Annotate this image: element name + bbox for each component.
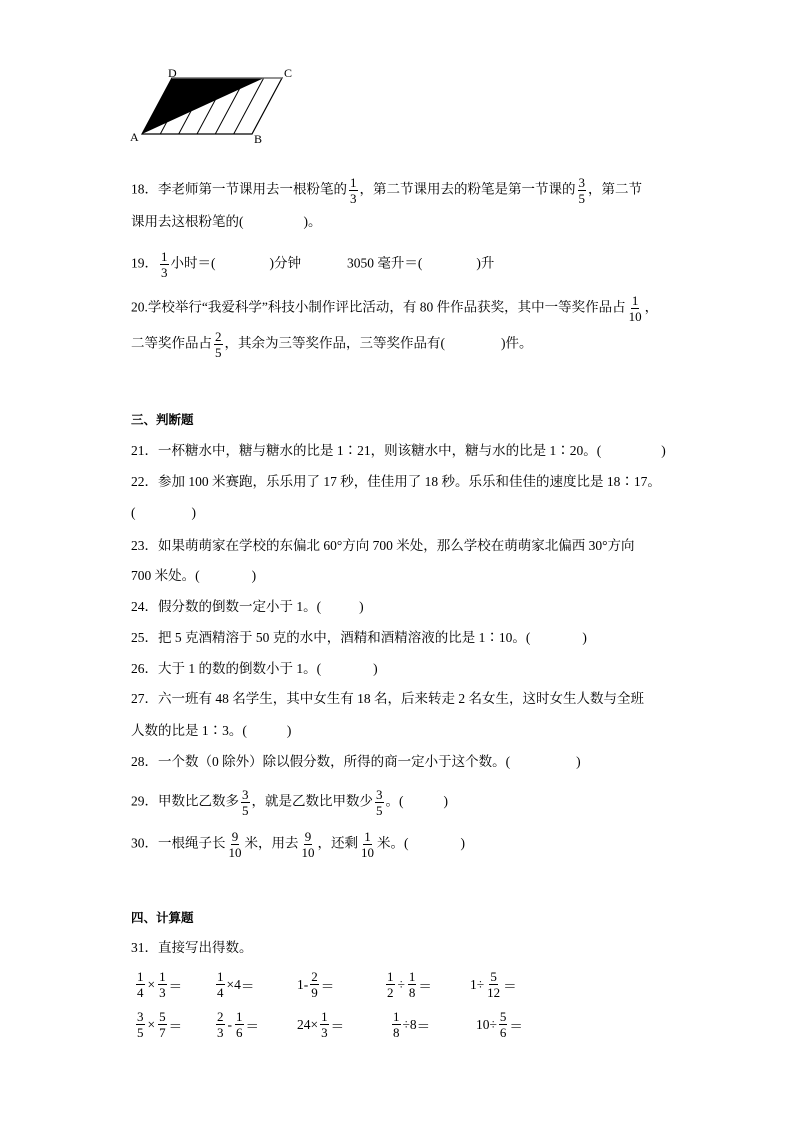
vertex-label-d: D: [168, 66, 177, 81]
question-text: 3050 毫升＝(: [347, 256, 422, 271]
question-text: (: [131, 505, 136, 520]
denominator: 9: [310, 985, 319, 999]
fraction: 29: [310, 970, 319, 999]
numerator: 1: [160, 250, 169, 265]
question-text: 700 米处。(: [131, 568, 200, 583]
question-text: ，其余为三等奖作品，三等奖作品有(: [225, 336, 446, 351]
question-30: 30．一根绳子长910米，用去910，还剩110米。(): [131, 830, 465, 859]
question-text: )件。: [501, 336, 533, 351]
numerator: 1: [136, 970, 145, 985]
question-text: 学校举行“我爱科学”科技小制作评比活动，有 80 件作品获奖，其中一等奖作品占: [148, 300, 626, 315]
question-text: ，第二节: [588, 182, 642, 197]
question-text: ): [576, 754, 581, 769]
question-29: 29．甲数比乙数多35，就是乙数比甲数少35。(): [131, 788, 448, 817]
equals-sign: ＝: [418, 975, 432, 995]
denominator: 5: [375, 803, 384, 817]
equals-sign: ＝: [246, 1015, 260, 1035]
fraction: 12: [386, 970, 395, 999]
question-text: ): [287, 723, 292, 738]
denominator: 4: [136, 985, 145, 999]
equals-sign: ＝: [503, 975, 517, 995]
operator: ÷8: [403, 1017, 417, 1033]
denominator: 5: [136, 1025, 145, 1039]
question-19: 19．13小时＝()分钟3050 毫升＝()升: [131, 250, 494, 279]
operator: 24×: [297, 1017, 318, 1033]
numerator: 2: [310, 970, 319, 985]
denominator: 3: [349, 191, 358, 205]
denominator: 6: [499, 1025, 508, 1039]
question-number: 20.: [131, 300, 148, 315]
fraction: 110: [628, 294, 643, 323]
question-number: 19．: [131, 256, 158, 271]
operator: 1-: [297, 977, 308, 993]
denominator: 10: [628, 309, 643, 323]
denominator: 12: [486, 985, 501, 999]
denominator: 5: [241, 803, 250, 817]
denominator: 6: [235, 1025, 244, 1039]
question-text: ): [661, 443, 666, 458]
fraction: 35: [241, 788, 250, 817]
question-text: )升: [476, 256, 494, 271]
denominator: 10: [360, 845, 375, 859]
question-text: 30．一根绳子长: [131, 836, 226, 851]
equals-sign: ＝: [241, 975, 255, 995]
question-24: 24．假分数的倒数一定小于 1。(): [131, 597, 364, 617]
question-27-line2: 人数的比是 1∶3。(): [131, 721, 291, 741]
parallelogram-diagram-icon: [138, 72, 298, 150]
denominator: 7: [158, 1025, 167, 1039]
equals-sign: ＝: [169, 975, 183, 995]
numerator: 5: [158, 1010, 167, 1025]
question-text: ): [582, 630, 587, 645]
fraction: 35: [375, 788, 384, 817]
question-text: ，还剩: [318, 836, 359, 851]
numerator: 1: [349, 176, 358, 191]
fraction: 35: [136, 1010, 145, 1039]
question-text: 23．如果萌萌家在学校的东偏北 60°方向 700 米处，那么学校在萌萌家北偏西…: [131, 538, 635, 553]
numerator: 3: [136, 1010, 145, 1025]
fraction: 35: [578, 176, 587, 205]
operator: 10÷: [476, 1017, 497, 1033]
question-text: ): [461, 836, 466, 851]
fraction: 25: [214, 330, 223, 359]
numerator: 2: [216, 1010, 225, 1025]
operator: 1÷: [470, 977, 484, 993]
numerator: 3: [375, 788, 384, 803]
operator: ×: [148, 1017, 156, 1033]
question-text: 二等奖作品占: [131, 336, 212, 351]
question-text: 。(: [386, 794, 404, 809]
fraction: 13: [320, 1010, 329, 1039]
denominator: 5: [578, 191, 587, 205]
denominator: 3: [158, 985, 167, 999]
fraction: 13: [158, 970, 167, 999]
question-25: 25．把 5 克酒精溶于 50 克的水中，酒精和酒精溶液的比是 1∶10。(): [131, 628, 587, 648]
denominator: 2: [386, 985, 395, 999]
calc-item-2-1: 35×57＝: [134, 1010, 182, 1039]
operator: ×: [148, 977, 156, 993]
calc-item-1-2: 14×4＝: [214, 970, 254, 999]
question-21: 21．一杯糖水中，糖与糖水的比是 1∶21，则该糖水中，糖与水的比是 1∶20。…: [131, 441, 666, 461]
question-text: ，第二节课用去的粉笔是第一节课的: [360, 182, 576, 197]
question-31: 31．直接写出得数。: [131, 938, 253, 958]
equals-sign: ＝: [169, 1015, 183, 1035]
fraction: 910: [228, 830, 243, 859]
calc-item-2-4: 18÷8＝: [390, 1010, 430, 1039]
fraction: 13: [349, 176, 358, 205]
fraction: 14: [216, 970, 225, 999]
question-26: 26．大于 1 的数的倒数小于 1。(): [131, 659, 378, 679]
calc-item-2-2: 23-16＝: [214, 1010, 259, 1039]
question-text: 26．大于 1 的数的倒数小于 1。(: [131, 661, 321, 676]
denominator: 10: [228, 845, 243, 859]
operator: ×4: [227, 977, 241, 993]
calc-item-1-1: 14×13＝: [134, 970, 182, 999]
question-text: ): [373, 661, 378, 676]
fraction: 13: [160, 250, 169, 279]
denominator: 5: [214, 345, 223, 359]
question-text: 28．一个数（0 除外）除以假分数，所得的商一定小于这个数。(: [131, 754, 510, 769]
question-18-line2: 课用去这根粉笔的()。: [131, 212, 322, 232]
question-22-line2: (): [131, 503, 196, 523]
denominator: 8: [392, 1025, 401, 1039]
fraction: 23: [216, 1010, 225, 1039]
vertex-label-a: A: [130, 130, 139, 145]
question-text: ，: [645, 300, 659, 315]
question-text: 22．参加 100 米赛跑，乐乐用了 17 秒，佳佳用了 18 秒。乐乐和佳佳的…: [131, 474, 661, 489]
question-text: 小时＝(: [171, 256, 216, 271]
equals-sign: ＝: [417, 1015, 431, 1035]
question-text: 25．把 5 克酒精溶于 50 克的水中，酒精和酒精溶液的比是 1∶10。(: [131, 630, 530, 645]
question-20: 20.学校举行“我爱科学”科技小制作评比活动，有 80 件作品获奖，其中一等奖作…: [131, 294, 658, 323]
fraction: 512: [486, 970, 501, 999]
question-text: ): [252, 568, 257, 583]
numerator: 1: [158, 970, 167, 985]
question-text: ): [359, 599, 364, 614]
numerator: 9: [304, 830, 313, 845]
calc-item-1-3: 1-29＝: [297, 970, 334, 999]
fraction: 16: [235, 1010, 244, 1039]
denominator: 10: [301, 845, 316, 859]
question-18: 18．李老师第一节课用去一根粉笔的13，第二节课用去的粉笔是第一节课的35，第二…: [131, 176, 642, 205]
question-text: 24．假分数的倒数一定小于 1。(: [131, 599, 321, 614]
question-text: ): [444, 794, 449, 809]
section-title-calculation: 四、计算题: [131, 908, 194, 928]
question-text: )分钟: [270, 256, 302, 271]
denominator: 8: [408, 985, 417, 999]
question-text: 李老师第一节课用去一根粉笔的: [158, 182, 347, 197]
operator: -: [228, 1017, 233, 1033]
equals-sign: ＝: [331, 1015, 345, 1035]
calc-item-2-5: 10÷56＝: [476, 1010, 523, 1039]
numerator: 5: [489, 970, 498, 985]
numerator: 3: [241, 788, 250, 803]
numerator: 3: [578, 176, 587, 191]
question-28: 28．一个数（0 除外）除以假分数，所得的商一定小于这个数。(): [131, 752, 581, 772]
question-number: 18．: [131, 182, 158, 197]
denominator: 4: [216, 985, 225, 999]
fraction: 910: [301, 830, 316, 859]
denominator: 3: [216, 1025, 225, 1039]
numerator: 9: [231, 830, 240, 845]
question-23: 23．如果萌萌家在学校的东偏北 60°方向 700 米处，那么学校在萌萌家北偏西…: [131, 536, 635, 556]
worksheet-page: D C A B 18．李老师第一节课用去一根粉笔的13，第二节课用去的粉笔是第一…: [0, 0, 793, 1122]
fraction: 110: [360, 830, 375, 859]
operator: ÷: [398, 977, 405, 993]
numerator: 5: [499, 1010, 508, 1025]
numerator: 1: [386, 970, 395, 985]
question-text: 21．一杯糖水中，糖与糖水的比是 1∶21，则该糖水中，糖与水的比是 1∶20。…: [131, 443, 601, 458]
fraction: 57: [158, 1010, 167, 1039]
calc-item-1-4: 12÷18＝: [384, 970, 432, 999]
vertex-label-c: C: [284, 66, 292, 81]
fraction: 56: [499, 1010, 508, 1039]
numerator: 1: [216, 970, 225, 985]
numerator: 1: [363, 830, 372, 845]
question-27: 27．六一班有 48 名学生，其中女生有 18 名，后来转走 2 名女生，这时女…: [131, 689, 644, 709]
calc-item-1-5: 1÷512＝: [470, 970, 517, 999]
fraction: 18: [408, 970, 417, 999]
equals-sign: ＝: [509, 1015, 523, 1035]
question-text: ，就是乙数比甲数少: [252, 794, 374, 809]
parallelogram-figure: D C A B: [138, 72, 298, 150]
numerator: 1: [408, 970, 417, 985]
question-text: 29．甲数比乙数多: [131, 794, 239, 809]
question-text: ): [192, 505, 197, 520]
numerator: 1: [392, 1010, 401, 1025]
calc-item-2-3: 24×13＝: [297, 1010, 344, 1039]
equals-sign: ＝: [321, 975, 335, 995]
section-title-judgment: 三、判断题: [131, 410, 194, 430]
question-text: 米，用去: [245, 836, 299, 851]
question-text: 人数的比是 1∶3。(: [131, 723, 247, 738]
question-20-line2: 二等奖作品占25，其余为三等奖作品，三等奖作品有()件。: [131, 330, 533, 359]
question-text: 米。(: [377, 836, 409, 851]
fraction: 14: [136, 970, 145, 999]
denominator: 3: [320, 1025, 329, 1039]
question-text: )。: [304, 214, 322, 229]
question-text: 课用去这根粉笔的(: [131, 214, 244, 229]
denominator: 3: [160, 265, 169, 279]
numerator: 1: [320, 1010, 329, 1025]
question-text: 27．六一班有 48 名学生，其中女生有 18 名，后来转走 2 名女生，这时女…: [131, 691, 644, 706]
question-23-line2: 700 米处。(): [131, 566, 256, 586]
question-22: 22．参加 100 米赛跑，乐乐用了 17 秒，佳佳用了 18 秒。乐乐和佳佳的…: [131, 472, 661, 492]
numerator: 2: [214, 330, 223, 345]
numerator: 1: [235, 1010, 244, 1025]
numerator: 1: [631, 294, 640, 309]
fraction: 18: [392, 1010, 401, 1039]
vertex-label-b: B: [254, 132, 262, 147]
